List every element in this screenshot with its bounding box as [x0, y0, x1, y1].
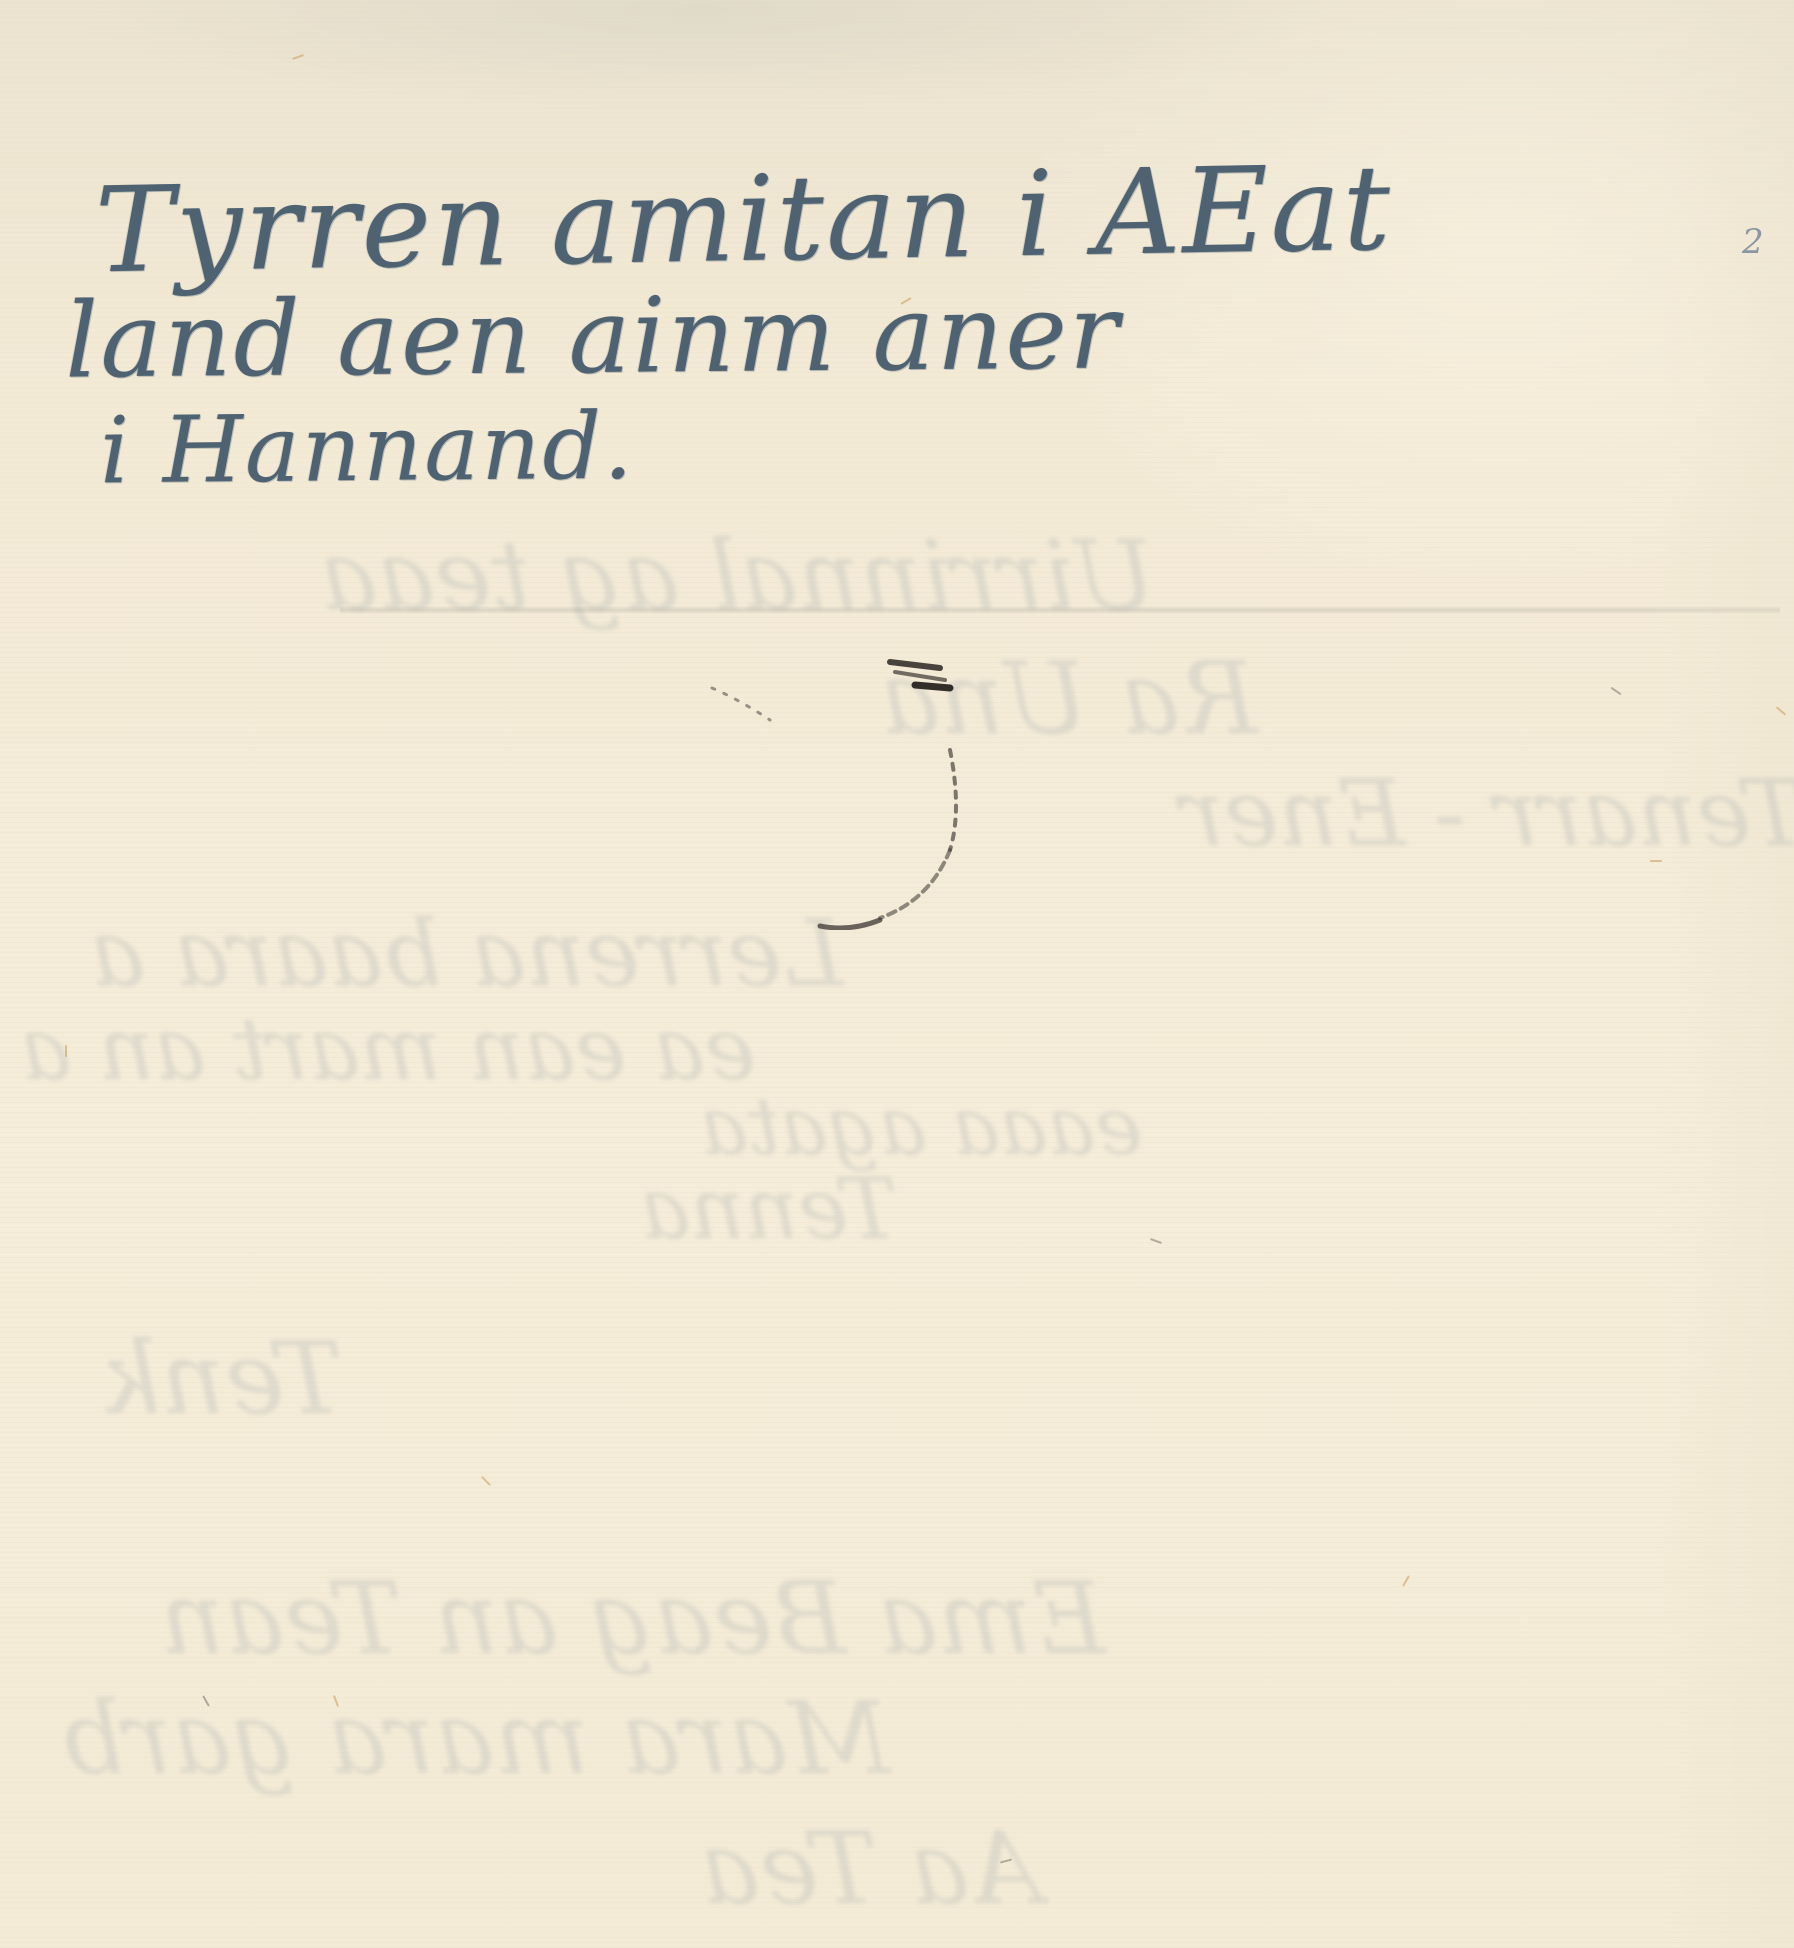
bleed-through-line: Tenk — [100, 1320, 343, 1437]
paper-fiber — [1650, 860, 1662, 862]
paper-edge-shading — [1660, 0, 1794, 1948]
ink-smudge-mark — [700, 640, 960, 930]
bleed-through-line: Tenarr - Ener — [1180, 760, 1794, 867]
bleed-through-line: Ema Beag an Tean — [160, 1560, 1105, 1677]
page-number: 2 — [1742, 222, 1764, 262]
bleed-through-line: Tenna — [640, 1160, 898, 1258]
bleed-through-line: Mara mara garb — [60, 1680, 890, 1797]
bleed-through-line: Aa Tea — [700, 1810, 1041, 1927]
bleed-through-line: ea ean mart an a — [20, 1000, 756, 1100]
bleed-through-line: Uirrinnal ag teaa — [320, 520, 1155, 632]
handwritten-line-2: land aen ainm aner — [64, 270, 1121, 401]
paper-fiber — [65, 1045, 67, 1057]
handwritten-line-3: i Hannand. — [100, 393, 635, 505]
